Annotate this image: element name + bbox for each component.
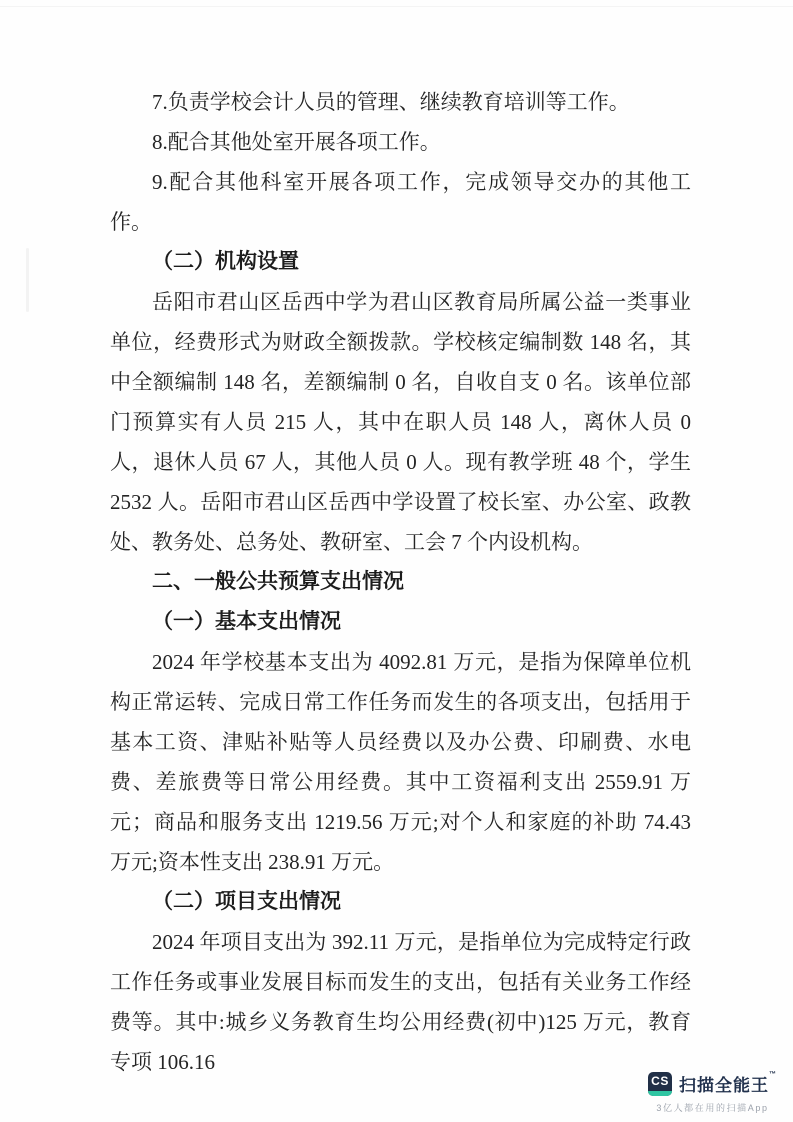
scan-edge-artifact	[0, 6, 793, 7]
heading-org-setup: （二）机构设置	[110, 242, 691, 282]
camscanner-brand-name: 扫描全能王™	[679, 1071, 777, 1096]
camscanner-watermark: CS 扫描全能王™ 3亿人都在用的扫描App	[648, 1071, 777, 1114]
paragraph-basic-expenditure: 2024 年学校基本支出为 4092.81 万元，是指为保障单位机构正常运转、完…	[110, 642, 691, 882]
camscanner-logo-row: CS 扫描全能王™	[648, 1071, 777, 1096]
trademark-symbol: ™	[769, 1071, 777, 1078]
list-item-8: 8.配合其他处室开展各项工作。	[110, 122, 691, 162]
scan-streak-artifact	[26, 248, 29, 312]
camscanner-icon-letters: CS	[648, 1072, 672, 1091]
list-item-7: 7.负责学校会计人员的管理、继续教育培训等工作。	[110, 82, 691, 122]
brand-text: 扫描全能王	[679, 1076, 769, 1095]
camscanner-icon: CS	[648, 1072, 672, 1096]
heading-basic-expenditure: （一）基本支出情况	[110, 602, 691, 642]
document-content: 7.负责学校会计人员的管理、继续教育培训等工作。 8.配合其他处室开展各项工作。…	[110, 82, 691, 1082]
paragraph-project-expenditure: 2024 年项目支出为 392.11 万元，是指单位为完成特定行政工作任务或事业…	[110, 922, 691, 1082]
document-page: 7.负责学校会计人员的管理、继续教育培训等工作。 8.配合其他处室开展各项工作。…	[0, 0, 793, 1122]
paragraph-org-overview: 岳阳市君山区岳西中学为君山区教育局所属公益一类事业单位，经费形式为财政全额拨款。…	[110, 282, 691, 562]
camscanner-icon-accent-bar	[648, 1091, 672, 1096]
camscanner-tagline: 3亿人都在用的扫描App	[648, 1101, 777, 1114]
list-item-9: 9.配合其他科室开展各项工作，完成领导交办的其他工作。	[110, 162, 691, 242]
heading-budget-expenditure: 二、一般公共预算支出情况	[110, 562, 691, 602]
heading-project-expenditure: （二）项目支出情况	[110, 882, 691, 922]
